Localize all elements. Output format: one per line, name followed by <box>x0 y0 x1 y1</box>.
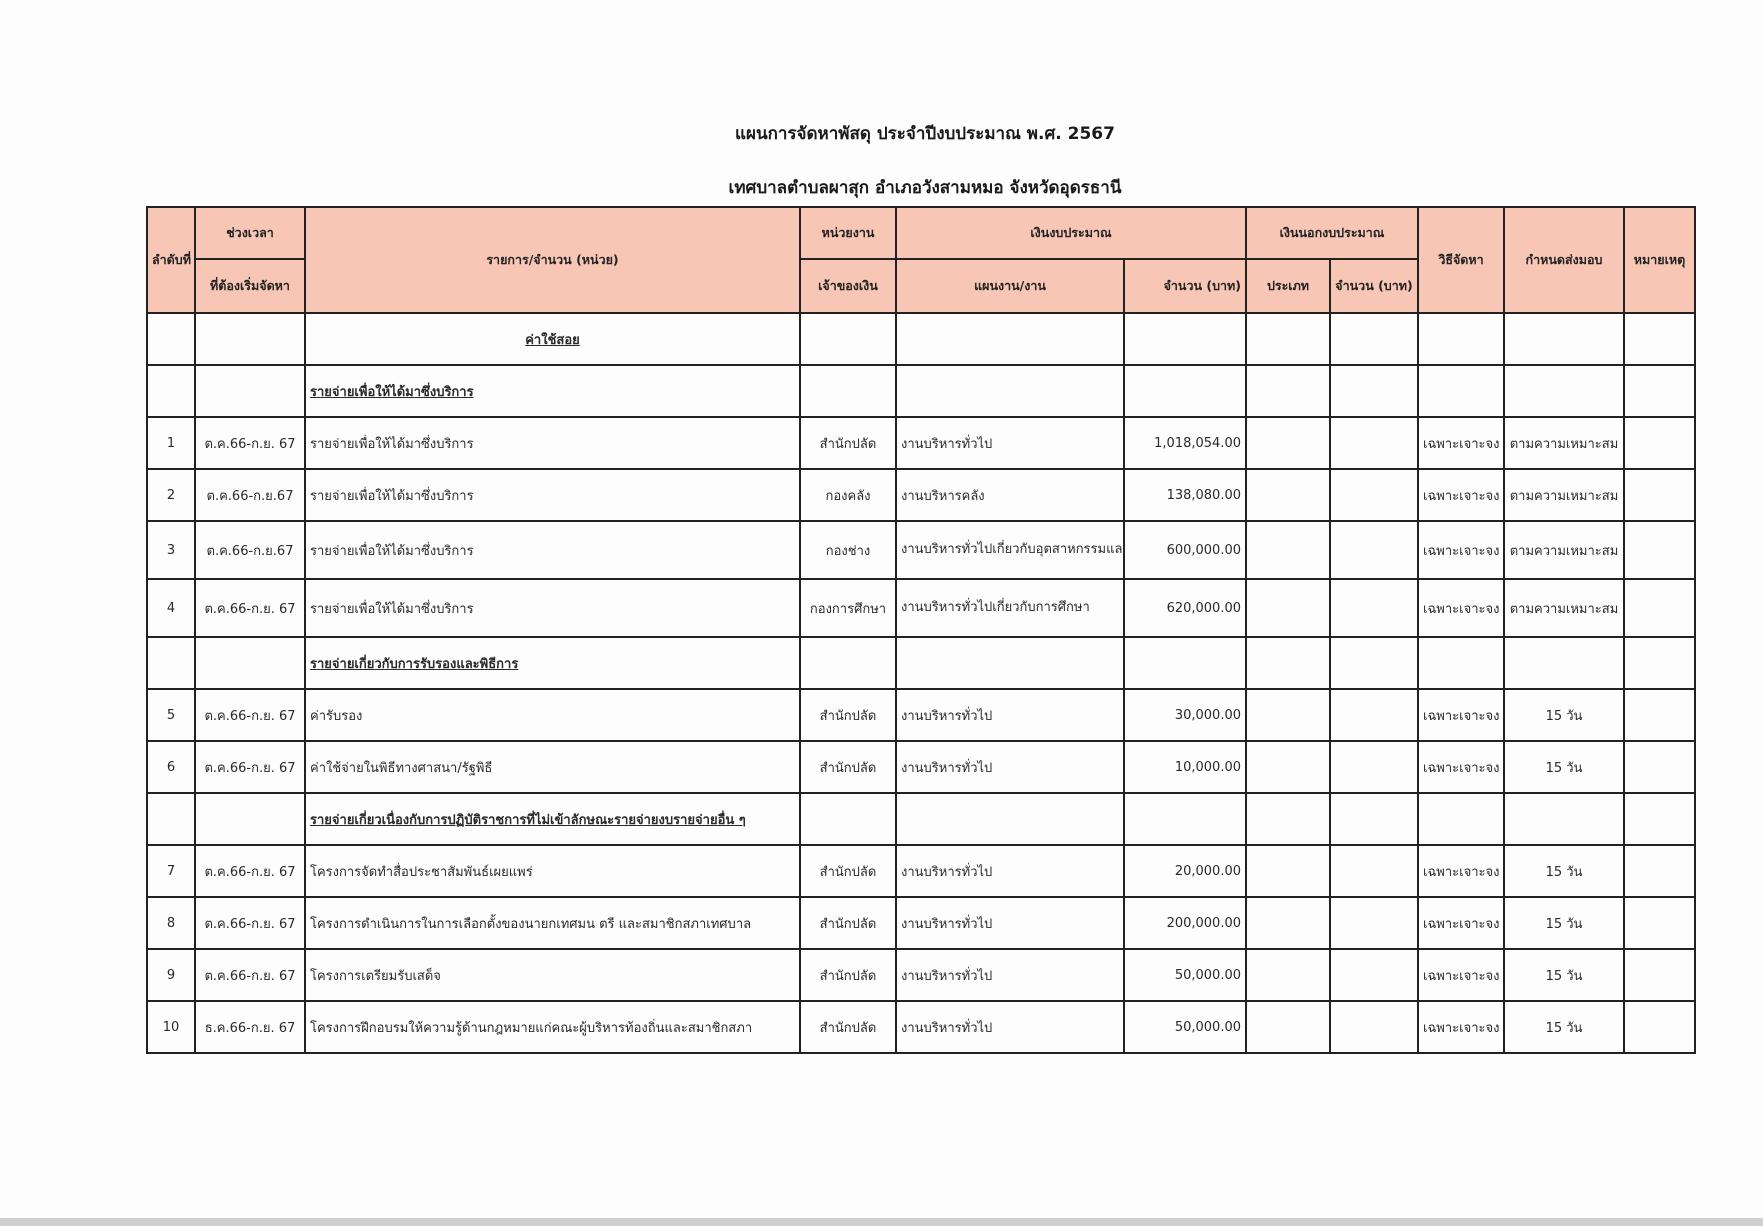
row-method: เฉพาะเจาะจง <box>1418 521 1504 579</box>
row-unit: กองการศึกษา <box>800 579 896 637</box>
row-order <box>147 365 195 417</box>
row-remark <box>1624 365 1695 417</box>
row-budget-amount: 30,000.00 <box>1124 689 1246 741</box>
row-remark <box>1624 1001 1695 1053</box>
row-order: 9 <box>147 949 195 1001</box>
row-order: 1 <box>147 417 195 469</box>
row-offbudget-amount <box>1330 313 1418 365</box>
row-remark <box>1624 313 1695 365</box>
header-period-line2: ที่ต้องเริ่มจัดหา <box>195 259 305 313</box>
row-item: โครงการจัดทำสื่อประชาสัมพันธ์เผยแพร่ <box>305 845 800 897</box>
row-plan: งานบริหารทั่วไป <box>896 1001 1124 1053</box>
table-row: 8ต.ค.66-ก.ย. 67โครงการดำเนินการในการเลือ… <box>147 897 1695 949</box>
row-offbudget-amount <box>1330 793 1418 845</box>
row-period: ต.ค.66-ก.ย. 67 <box>195 845 305 897</box>
row-budget-amount: 200,000.00 <box>1124 897 1246 949</box>
section-heading: รายจ่ายเกี่ยวเนื่องกับการปฏิบัติราชการที… <box>310 813 746 828</box>
row-item: ค่ารับรอง <box>305 689 800 741</box>
row-budget-amount: 20,000.00 <box>1124 845 1246 897</box>
row-item: รายจ่ายเพื่อให้ได้มาซึ่งบริการ <box>305 365 800 417</box>
row-budget-amount <box>1124 793 1246 845</box>
header-offbudget-amount: จำนวน (บาท) <box>1330 259 1418 313</box>
row-delivery <box>1504 365 1624 417</box>
row-offbudget-type <box>1246 313 1330 365</box>
row-period: ต.ค.66-ก.ย.67 <box>195 469 305 521</box>
document-title: แผนการจัดหาพัสดุ ประจำปีงบประมาณ พ.ศ. 25… <box>0 120 1763 147</box>
section-heading-row: ค่าใช้สอย <box>147 313 1695 365</box>
row-delivery <box>1504 313 1624 365</box>
row-plan <box>896 313 1124 365</box>
row-delivery: ตามความเหมาะสม <box>1504 521 1624 579</box>
row-plan: งานบริหารทั่วไปเกี่ยวกับอุตสาหกรรมและการ… <box>896 521 1124 579</box>
table-row: 7ต.ค.66-ก.ย. 67โครงการจัดทำสื่อประชาสัมพ… <box>147 845 1695 897</box>
table-row: 4ต.ค.66-ก.ย. 67รายจ่ายเพื่อให้ได้มาซึ่งบ… <box>147 579 1695 637</box>
header-remark: หมายเหตุ <box>1624 207 1695 313</box>
row-unit: กองคลัง <box>800 469 896 521</box>
row-offbudget-amount <box>1330 949 1418 1001</box>
row-unit: สำนักปลัด <box>800 1001 896 1053</box>
row-item: รายจ่ายเกี่ยวเนื่องกับการปฏิบัติราชการที… <box>305 793 800 845</box>
table-row: 10ธ.ค.66-ก.ย. 67โครงการฝึกอบรมให้ความรู้… <box>147 1001 1695 1053</box>
row-unit <box>800 793 896 845</box>
row-delivery <box>1504 793 1624 845</box>
row-unit: กองช่าง <box>800 521 896 579</box>
row-plan: งานบริหารทั่วไป <box>896 845 1124 897</box>
table-row: 3ต.ค.66-ก.ย.67รายจ่ายเพื่อให้ได้มาซึ่งบร… <box>147 521 1695 579</box>
row-unit <box>800 313 896 365</box>
row-offbudget-type <box>1246 637 1330 689</box>
row-plan <box>896 793 1124 845</box>
row-offbudget-amount <box>1330 1001 1418 1053</box>
row-unit <box>800 365 896 417</box>
row-remark <box>1624 469 1695 521</box>
row-period: ต.ค.66-ก.ย. 67 <box>195 579 305 637</box>
row-budget-amount: 1,018,054.00 <box>1124 417 1246 469</box>
row-method: เฉพาะเจาะจง <box>1418 949 1504 1001</box>
row-remark <box>1624 417 1695 469</box>
row-budget-amount: 620,000.00 <box>1124 579 1246 637</box>
procurement-plan-table: ลำดับที่ ช่วงเวลา รายการ/จำนวน (หน่วย) ห… <box>146 206 1696 1054</box>
row-offbudget-type <box>1246 365 1330 417</box>
row-plan: งานบริหารทั่วไป <box>896 897 1124 949</box>
row-offbudget-type <box>1246 521 1330 579</box>
row-offbudget-type <box>1246 1001 1330 1053</box>
row-budget-amount: 10,000.00 <box>1124 741 1246 793</box>
row-item: ค่าใช้จ่ายในพิธีทางศาสนา/รัฐพิธี <box>305 741 800 793</box>
table-body: ค่าใช้สอยรายจ่ายเพื่อให้ได้มาซึ่งบริการ1… <box>147 313 1695 1053</box>
row-unit: สำนักปลัด <box>800 741 896 793</box>
row-method: เฉพาะเจาะจง <box>1418 741 1504 793</box>
row-item: รายจ่ายเพื่อให้ได้มาซึ่งบริการ <box>305 417 800 469</box>
row-remark <box>1624 741 1695 793</box>
row-remark <box>1624 689 1695 741</box>
table-row: 6ต.ค.66-ก.ย. 67ค่าใช้จ่ายในพิธีทางศาสนา/… <box>147 741 1695 793</box>
row-item: รายจ่ายเพื่อให้ได้มาซึ่งบริการ <box>305 469 800 521</box>
row-budget-amount <box>1124 365 1246 417</box>
row-delivery <box>1504 637 1624 689</box>
row-budget-amount: 50,000.00 <box>1124 949 1246 1001</box>
row-plan: งานบริหารทั่วไป <box>896 949 1124 1001</box>
row-item: โครงการเตรียมรับเสด็จ <box>305 949 800 1001</box>
row-offbudget-amount <box>1330 741 1418 793</box>
row-method: เฉพาะเจาะจง <box>1418 689 1504 741</box>
row-delivery: ตามความเหมาะสม <box>1504 469 1624 521</box>
table-row: 5ต.ค.66-ก.ย. 67ค่ารับรองสำนักปลัดงานบริห… <box>147 689 1695 741</box>
row-method <box>1418 793 1504 845</box>
header-method: วิธีจัดหา <box>1418 207 1504 313</box>
row-delivery: ตามความเหมาะสม <box>1504 579 1624 637</box>
row-remark <box>1624 845 1695 897</box>
row-order <box>147 793 195 845</box>
row-order: 5 <box>147 689 195 741</box>
row-method: เฉพาะเจาะจง <box>1418 417 1504 469</box>
row-delivery: 15 วัน <box>1504 741 1624 793</box>
section-heading-row: รายจ่ายเพื่อให้ได้มาซึ่งบริการ <box>147 365 1695 417</box>
row-period <box>195 637 305 689</box>
row-offbudget-amount <box>1330 521 1418 579</box>
row-offbudget-type <box>1246 579 1330 637</box>
row-method <box>1418 313 1504 365</box>
row-delivery: 15 วัน <box>1504 897 1624 949</box>
row-method: เฉพาะเจาะจง <box>1418 1001 1504 1053</box>
row-offbudget-type <box>1246 845 1330 897</box>
header-item: รายการ/จำนวน (หน่วย) <box>305 207 800 313</box>
row-period: ต.ค.66-ก.ย. 67 <box>195 417 305 469</box>
row-delivery: 15 วัน <box>1504 1001 1624 1053</box>
header-offbudget-group: เงินนอกงบประมาณ <box>1246 207 1418 259</box>
section-heading-row: รายจ่ายเกี่ยวเนื่องกับการปฏิบัติราชการที… <box>147 793 1695 845</box>
row-order <box>147 313 195 365</box>
row-unit: สำนักปลัด <box>800 845 896 897</box>
row-delivery: 15 วัน <box>1504 949 1624 1001</box>
header-budget-plan: แผนงาน/งาน <box>896 259 1124 313</box>
row-offbudget-amount <box>1330 689 1418 741</box>
row-unit <box>800 637 896 689</box>
table-row: 1ต.ค.66-ก.ย. 67รายจ่ายเพื่อให้ได้มาซึ่งบ… <box>147 417 1695 469</box>
row-offbudget-type <box>1246 469 1330 521</box>
row-offbudget-amount <box>1330 417 1418 469</box>
row-order: 4 <box>147 579 195 637</box>
header-row-1: ลำดับที่ ช่วงเวลา รายการ/จำนวน (หน่วย) ห… <box>147 207 1695 259</box>
row-offbudget-type <box>1246 897 1330 949</box>
header-order: ลำดับที่ <box>147 207 195 313</box>
row-item: ค่าใช้สอย <box>305 313 800 365</box>
row-period: ต.ค.66-ก.ย. 67 <box>195 741 305 793</box>
row-order: 8 <box>147 897 195 949</box>
row-offbudget-amount <box>1330 579 1418 637</box>
header-offbudget-type: ประเภท <box>1246 259 1330 313</box>
table-row: 2ต.ค.66-ก.ย.67รายจ่ายเพื่อให้ได้มาซึ่งบร… <box>147 469 1695 521</box>
row-method: เฉพาะเจาะจง <box>1418 469 1504 521</box>
row-plan <box>896 637 1124 689</box>
row-unit: สำนักปลัด <box>800 897 896 949</box>
row-order: 6 <box>147 741 195 793</box>
row-remark <box>1624 579 1695 637</box>
row-item: รายจ่ายเกี่ยวกับการรับรองและพิธีการ <box>305 637 800 689</box>
table-row: 9ต.ค.66-ก.ย. 67โครงการเตรียมรับเสด็จสำนั… <box>147 949 1695 1001</box>
row-remark <box>1624 637 1695 689</box>
row-period: ต.ค.66-ก.ย. 67 <box>195 897 305 949</box>
row-offbudget-type <box>1246 689 1330 741</box>
row-offbudget-amount <box>1330 845 1418 897</box>
row-budget-amount: 600,000.00 <box>1124 521 1246 579</box>
header-budget-group: เงินงบประมาณ <box>896 207 1246 259</box>
row-delivery: 15 วัน <box>1504 689 1624 741</box>
section-heading: รายจ่ายเกี่ยวกับการรับรองและพิธีการ <box>310 657 518 672</box>
row-method: เฉพาะเจาะจง <box>1418 845 1504 897</box>
header-unit-line1: หน่วยงาน <box>800 207 896 259</box>
document-subtitle: เทศบาลตำบลผาสุก อำเภอวังสามหมอ จังหวัดอุ… <box>0 174 1763 201</box>
row-offbudget-amount <box>1330 637 1418 689</box>
row-order: 7 <box>147 845 195 897</box>
row-budget-amount: 138,080.00 <box>1124 469 1246 521</box>
row-order: 2 <box>147 469 195 521</box>
row-method <box>1418 637 1504 689</box>
row-plan: งานบริหารทั่วไป <box>896 741 1124 793</box>
row-budget-amount <box>1124 637 1246 689</box>
row-method: เฉพาะเจาะจง <box>1418 897 1504 949</box>
row-remark <box>1624 949 1695 1001</box>
row-offbudget-type <box>1246 793 1330 845</box>
row-plan: งานบริหารทั่วไป <box>896 417 1124 469</box>
row-item: โครงการดำเนินการในการเลือกตั้งของนายกเทศ… <box>305 897 800 949</box>
row-plan: งานบริหารทั่วไป <box>896 689 1124 741</box>
row-method: เฉพาะเจาะจง <box>1418 579 1504 637</box>
section-heading: ค่าใช้สอย <box>525 333 580 348</box>
row-item: โครงการฝึกอบรมให้ความรู้ด้านกฎหมายแก่คณะ… <box>305 1001 800 1053</box>
row-plan <box>896 365 1124 417</box>
row-remark <box>1624 897 1695 949</box>
row-order <box>147 637 195 689</box>
section-heading: รายจ่ายเพื่อให้ได้มาซึ่งบริการ <box>310 385 474 400</box>
row-unit: สำนักปลัด <box>800 417 896 469</box>
row-period: ธ.ค.66-ก.ย. 67 <box>195 1001 305 1053</box>
row-period <box>195 313 305 365</box>
row-offbudget-amount <box>1330 897 1418 949</box>
row-offbudget-type <box>1246 417 1330 469</box>
header-unit-line2: เจ้าของเงิน <box>800 259 896 313</box>
row-order: 3 <box>147 521 195 579</box>
row-unit: สำนักปลัด <box>800 949 896 1001</box>
row-budget-amount: 50,000.00 <box>1124 1001 1246 1053</box>
row-order: 10 <box>147 1001 195 1053</box>
header-period-line1: ช่วงเวลา <box>195 207 305 259</box>
row-item: รายจ่ายเพื่อให้ได้มาซึ่งบริการ <box>305 579 800 637</box>
row-unit: สำนักปลัด <box>800 689 896 741</box>
row-remark <box>1624 793 1695 845</box>
section-heading-row: รายจ่ายเกี่ยวกับการรับรองและพิธีการ <box>147 637 1695 689</box>
header-delivery: กำหนดส่งมอบ <box>1504 207 1624 313</box>
row-delivery: 15 วัน <box>1504 845 1624 897</box>
row-period: ต.ค.66-ก.ย. 67 <box>195 689 305 741</box>
row-period: ต.ค.66-ก.ย.67 <box>195 521 305 579</box>
row-remark <box>1624 521 1695 579</box>
row-method <box>1418 365 1504 417</box>
row-plan: งานบริหารทั่วไปเกี่ยวกับการศึกษา <box>896 579 1124 637</box>
header-budget-amount: จำนวน (บาท) <box>1124 259 1246 313</box>
row-period <box>195 793 305 845</box>
row-period: ต.ค.66-ก.ย. 67 <box>195 949 305 1001</box>
row-plan: งานบริหารคลัง <box>896 469 1124 521</box>
row-offbudget-type <box>1246 949 1330 1001</box>
row-offbudget-type <box>1246 741 1330 793</box>
row-offbudget-amount <box>1330 365 1418 417</box>
row-delivery: ตามความเหมาะสม <box>1504 417 1624 469</box>
row-item: รายจ่ายเพื่อให้ได้มาซึ่งบริการ <box>305 521 800 579</box>
row-budget-amount <box>1124 313 1246 365</box>
row-offbudget-amount <box>1330 469 1418 521</box>
scan-edge <box>0 1218 1763 1226</box>
row-period <box>195 365 305 417</box>
